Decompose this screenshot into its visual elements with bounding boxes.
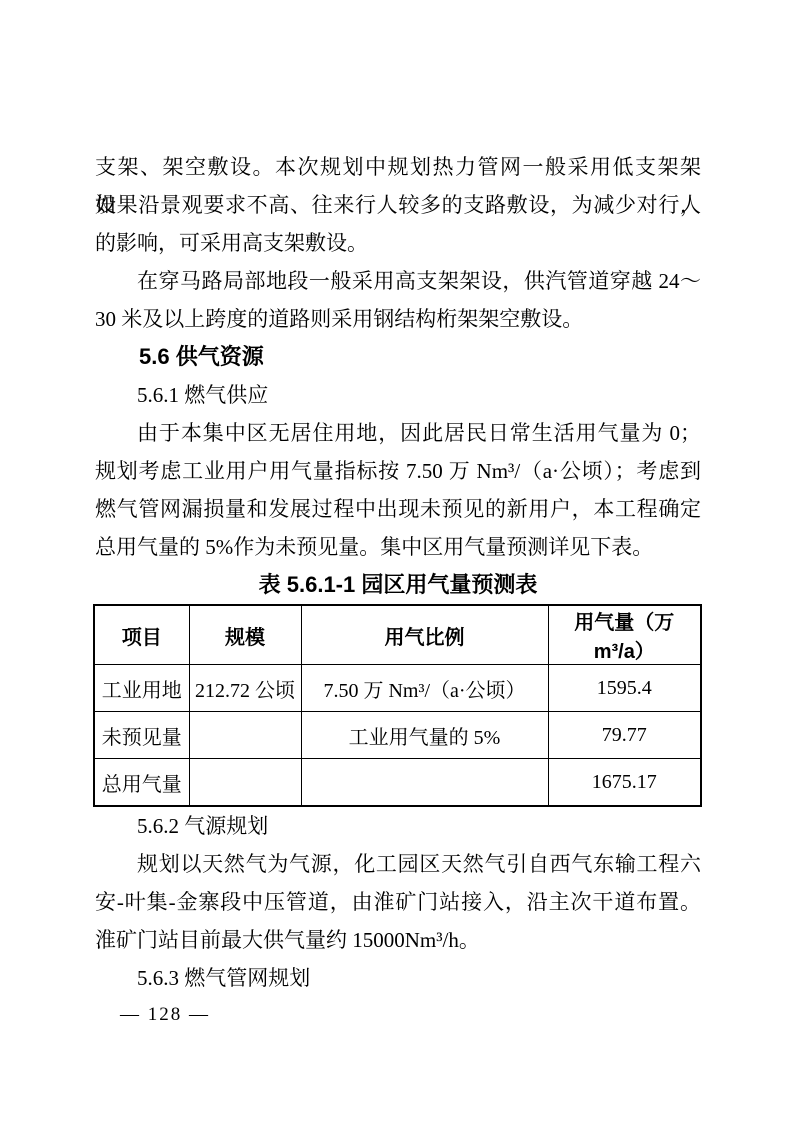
text-line: 总用气量的 5%作为未预见量。集中区用气量预测详见下表。 xyxy=(95,528,701,566)
text-line: 燃气管网漏损量和发展过程中出现未预见的新用户，本工程确定 xyxy=(95,490,701,528)
text-line: 淮矿门站目前最大供气量约 15000Nm³/h。 xyxy=(95,921,701,959)
table-header-row: 项目 规模 用气比例 用气量（万 m³/a） xyxy=(94,605,701,665)
table-row: 总用气量 1675.17 xyxy=(94,759,701,807)
table-row: 未预见量 工业用气量的 5% 79.77 xyxy=(94,712,701,759)
text-line: 由于本集中区无居住用地，因此居民日常生活用气量为 0； xyxy=(95,414,701,452)
section-heading-5-6-1: 5.6.1 燃气供应 xyxy=(95,376,701,414)
table-cell: 工业用气量的 5% xyxy=(301,712,548,759)
text-line: 在穿马路局部地段一般采用高支架架设，供汽管道穿越 24～ xyxy=(95,262,701,300)
table-cell xyxy=(189,759,301,807)
text-line: 如果沿景观要求不高、往来行人较多的支路敷设，为减少对行人 xyxy=(95,186,701,224)
table-cell: 1675.17 xyxy=(548,759,701,807)
table-cell: 1595.4 xyxy=(548,665,701,712)
gas-forecast-table: 项目 规模 用气比例 用气量（万 m³/a） 工业用地 212.72 公顷 7.… xyxy=(93,604,702,807)
table-header-scale: 规模 xyxy=(189,605,301,665)
table-cell: 未预见量 xyxy=(94,712,189,759)
page-number: — 128 — xyxy=(120,1002,210,1028)
table-header-item: 项目 xyxy=(94,605,189,665)
table-cell xyxy=(189,712,301,759)
text-line: 的影响，可采用高支架敷设。 xyxy=(95,224,701,262)
text-line: 30 米及以上跨度的道路则采用钢结构桁架架空敷设。 xyxy=(95,300,701,338)
section-heading-5-6: 5.6 供气资源 xyxy=(95,338,701,376)
table-cell: 212.72 公顷 xyxy=(189,665,301,712)
text-line: 支架、架空敷设。本次规划中规划热力管网一般采用低支架架设， xyxy=(95,148,701,186)
text-line: 安-叶集-金寨段中压管道，由淮矿门站接入，沿主次干道布置。 xyxy=(95,883,701,921)
table-cell: 79.77 xyxy=(548,712,701,759)
table-cell: 工业用地 xyxy=(94,665,189,712)
text-block: 支架、架空敷设。本次规划中规划热力管网一般采用低支架架设， 如果沿景观要求不高、… xyxy=(95,148,701,997)
section-heading-5-6-3: 5.6.3 燃气管网规划 xyxy=(95,959,701,997)
table-cell: 7.50 万 Nm³/（a·公顷） xyxy=(301,665,548,712)
table-row: 工业用地 212.72 公顷 7.50 万 Nm³/（a·公顷） 1595.4 xyxy=(94,665,701,712)
table-cell xyxy=(301,759,548,807)
section-heading-5-6-2: 5.6.2 气源规划 xyxy=(95,807,701,845)
document-page: 支架、架空敷设。本次规划中规划热力管网一般采用低支架架设， 如果沿景观要求不高、… xyxy=(0,0,794,1122)
table-header-volume: 用气量（万 m³/a） xyxy=(548,605,701,665)
text-line: 规划考虑工业用户用气量指标按 7.50 万 Nm³/（a·公顷）；考虑到 xyxy=(95,452,701,490)
table-caption: 表 5.6.1-1 园区用气量预测表 xyxy=(95,566,701,604)
text-line: 规划以天然气为气源，化工园区天然气引自西气东输工程六 xyxy=(95,845,701,883)
table-cell: 总用气量 xyxy=(94,759,189,807)
table-header-ratio: 用气比例 xyxy=(301,605,548,665)
